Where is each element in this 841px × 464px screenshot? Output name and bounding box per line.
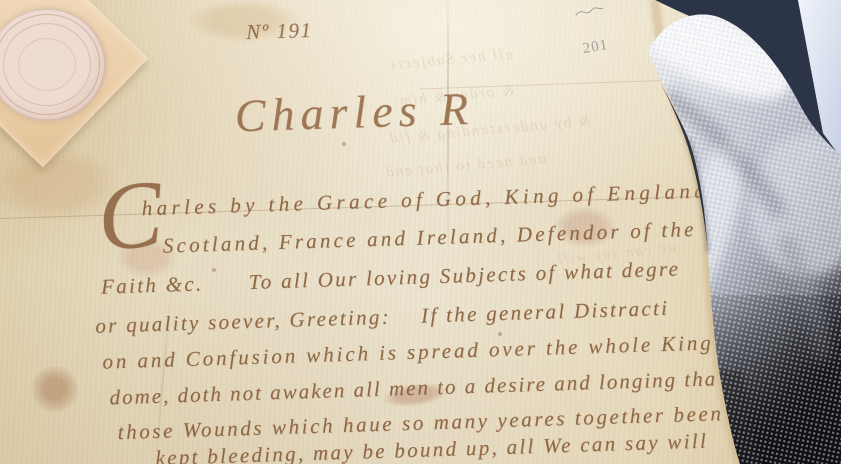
- royal-signature: Charles R: [234, 82, 475, 142]
- manuscript-photo: all her Subjects & order & him & by unde…: [0, 0, 841, 464]
- catalog-number: Nº 191: [246, 18, 313, 45]
- conservator-glove: [556, 0, 841, 464]
